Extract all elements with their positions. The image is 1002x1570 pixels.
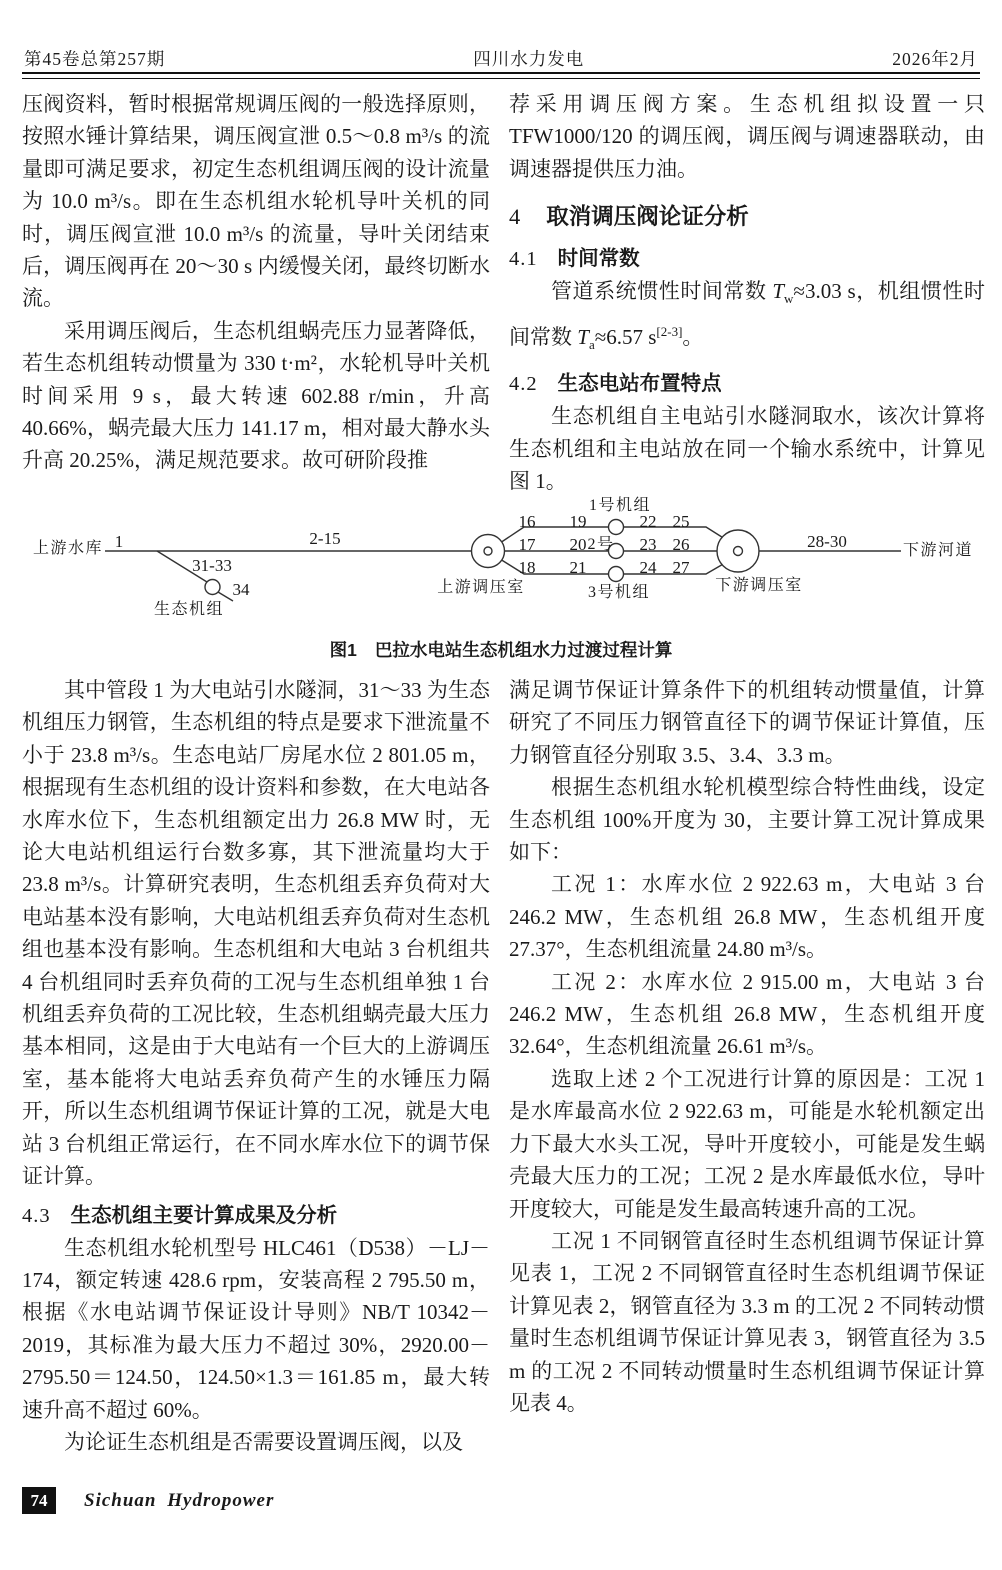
label-segment-22: 22 [640, 513, 657, 530]
figure-number: 图1 [330, 640, 357, 660]
figure-1-diagram: 上游水库 1 2-15 31-33 34 生态机组 上游调压室 下游调压室 28… [0, 497, 1002, 629]
header-issue: 第45卷总第257期 [24, 46, 165, 71]
label-unit-2: 2号 [587, 537, 614, 553]
page-number: 74 [22, 1487, 56, 1514]
section-number: 4.2 [509, 373, 538, 395]
label-segment-16: 16 [519, 513, 536, 530]
section-heading-4-1: 4.1时间常数 [509, 241, 985, 271]
body-paragraph-formula: 管道系统惯性时间常数 Tw≈3.03 s，机组惯性时间常数 Ta≈6.57 s[… [509, 275, 985, 361]
variable-Tw: T [772, 279, 784, 303]
formula-text: ≈6.57 s [595, 325, 657, 349]
journal-page: 第45卷总第257期 四川水力发电 2026年2月 压阀资料，暂时根据常规调压阀… [0, 0, 1002, 1570]
citation-marker: [2-3] [656, 324, 682, 339]
body-paragraph: 其中管段 1 为大电站引水隧洞，31～33 为生态机组压力钢管，生态机组的特点是… [22, 674, 490, 1193]
eco-unit-symbol [205, 580, 220, 595]
label-unit-3: 3号机组 [588, 585, 650, 601]
label-downstream-surge-chamber: 下游调压室 [715, 578, 803, 594]
formula-text: 管道系统惯性时间常数 [551, 279, 772, 303]
header-rule [22, 72, 980, 79]
body-paragraph: 根据生态机组水轮机模型综合特性曲线，设定生态机组 100%开度为 30，主要计算… [509, 771, 985, 868]
body-paragraph: 工况 1：水库水位 2 922.63 m，大电站 3 台 246.2 MW，生态… [509, 868, 985, 965]
header-journal-title: 四川水力发电 [473, 46, 584, 71]
label-segment-24: 24 [640, 559, 657, 576]
label-segment-26: 26 [673, 536, 690, 553]
label-eco-unit: 生态机组 [154, 602, 224, 618]
page-header: 第45卷总第257期 四川水力发电 2026年2月 [24, 46, 978, 71]
left-column-bottom: 其中管段 1 为大电站引水隧洞，31～33 为生态机组压力钢管，生态机组的特点是… [22, 674, 490, 1458]
label-segment-25: 25 [673, 513, 690, 530]
body-paragraph: 采用调压阀后，生态机组蜗壳压力显著降低，若生态机组转动惯量为 330 t·m²，… [22, 315, 490, 477]
body-paragraph: 生态机组自主电站引水隧洞取水，该次计算将生态机组和主电站放在同一个输水系统中，计… [509, 400, 985, 497]
section-number: 4.1 [509, 248, 538, 270]
label-segment-28-30: 28-30 [807, 533, 847, 550]
subscript-w: w [784, 291, 793, 306]
label-segment-23: 23 [640, 536, 657, 553]
body-paragraph: 满足调节保证计算条件下的机组转动惯量值，计算研究了不同压力钢管直径下的调节保证计… [509, 674, 985, 771]
body-paragraph: 荐采用调压阀方案。生态机组拟设置一只 TFW1000/120 的调压阀，调压阀与… [509, 88, 985, 185]
label-segment-27: 27 [673, 559, 690, 576]
body-paragraph: 工况 2：水库水位 2 915.00 m，大电站 3 台 246.2 MW，生态… [509, 966, 985, 1063]
body-paragraph: 为论证生态机组是否需要设置调压阀，以及 [22, 1426, 490, 1458]
label-segment-2-15: 2-15 [309, 530, 340, 547]
label-downstream-river: 下游河道 [903, 543, 973, 559]
section-title: 生态机组主要计算成果及分析 [71, 1204, 338, 1227]
left-column-top: 压阀资料，暂时根据常规调压阀的一般选择原则，按照水锤计算结果，调压阀宣泄 0.5… [22, 88, 490, 477]
section-heading-4-2: 4.2生态电站布置特点 [509, 366, 985, 396]
body-paragraph: 生态机组水轮机型号 HLC461（D538）－LJ－174，额定转速 428.6… [22, 1232, 490, 1426]
label-segment-19: 19 [570, 513, 587, 530]
pipeline-schematic [0, 497, 1002, 629]
section-title: 取消调压阀论证分析 [546, 204, 749, 229]
section-heading-4-3: 4.3生态机组主要计算成果及分析 [22, 1198, 490, 1228]
body-paragraph: 压阀资料，暂时根据常规调压阀的一般选择原则，按照水锤计算结果，调压阀宣泄 0.5… [22, 88, 490, 315]
unit1-symbol [609, 520, 624, 535]
figure-caption-text: 巴拉水电站生态机组水力过渡过程计算 [375, 640, 673, 660]
section-heading-4: 4取消调压阀论证分析 [509, 199, 985, 231]
label-segment-1: 1 [115, 533, 124, 550]
header-date: 2026年2月 [892, 46, 978, 71]
label-upstream-reservoir: 上游水库 [33, 541, 103, 557]
variable-Ta: T [577, 325, 589, 349]
page-footer: 74 Sichuan Hydropower [22, 1487, 274, 1514]
unit3-symbol [609, 567, 624, 582]
label-segment-31-33: 31-33 [192, 557, 232, 574]
body-paragraph: 选取上述 2 个工况进行计算的原因是：工况 1 是水库最高水位 2 922.63… [509, 1063, 985, 1225]
section-title: 生态电站布置特点 [558, 372, 722, 395]
label-segment-17: 17 [519, 536, 536, 553]
body-paragraph: 工况 1 不同钢管直径时生态机组调节保证计算见表 1，工况 2 不同钢管直径时生… [509, 1225, 985, 1419]
label-segment-21: 21 [570, 559, 587, 576]
section-number: 4 [509, 204, 520, 229]
journal-name-english: Sichuan Hydropower [84, 1490, 274, 1512]
formula-text: 。 [682, 325, 703, 349]
section-title: 时间常数 [558, 247, 640, 270]
label-segment-20: 20 [570, 536, 587, 553]
figure-caption: 图1巴拉水电站生态机组水力过渡过程计算 [0, 637, 1002, 662]
right-column-bottom: 满足调节保证计算条件下的机组转动惯量值，计算研究了不同压力钢管直径下的调节保证计… [509, 674, 985, 1419]
section-number: 4.3 [22, 1205, 51, 1227]
label-segment-18: 18 [519, 559, 536, 576]
right-column-top: 荐采用调压阀方案。生态机组拟设置一只 TFW1000/120 的调压阀，调压阀与… [509, 88, 985, 498]
label-upstream-surge-chamber: 上游调压室 [437, 580, 525, 596]
label-segment-34: 34 [233, 581, 250, 598]
